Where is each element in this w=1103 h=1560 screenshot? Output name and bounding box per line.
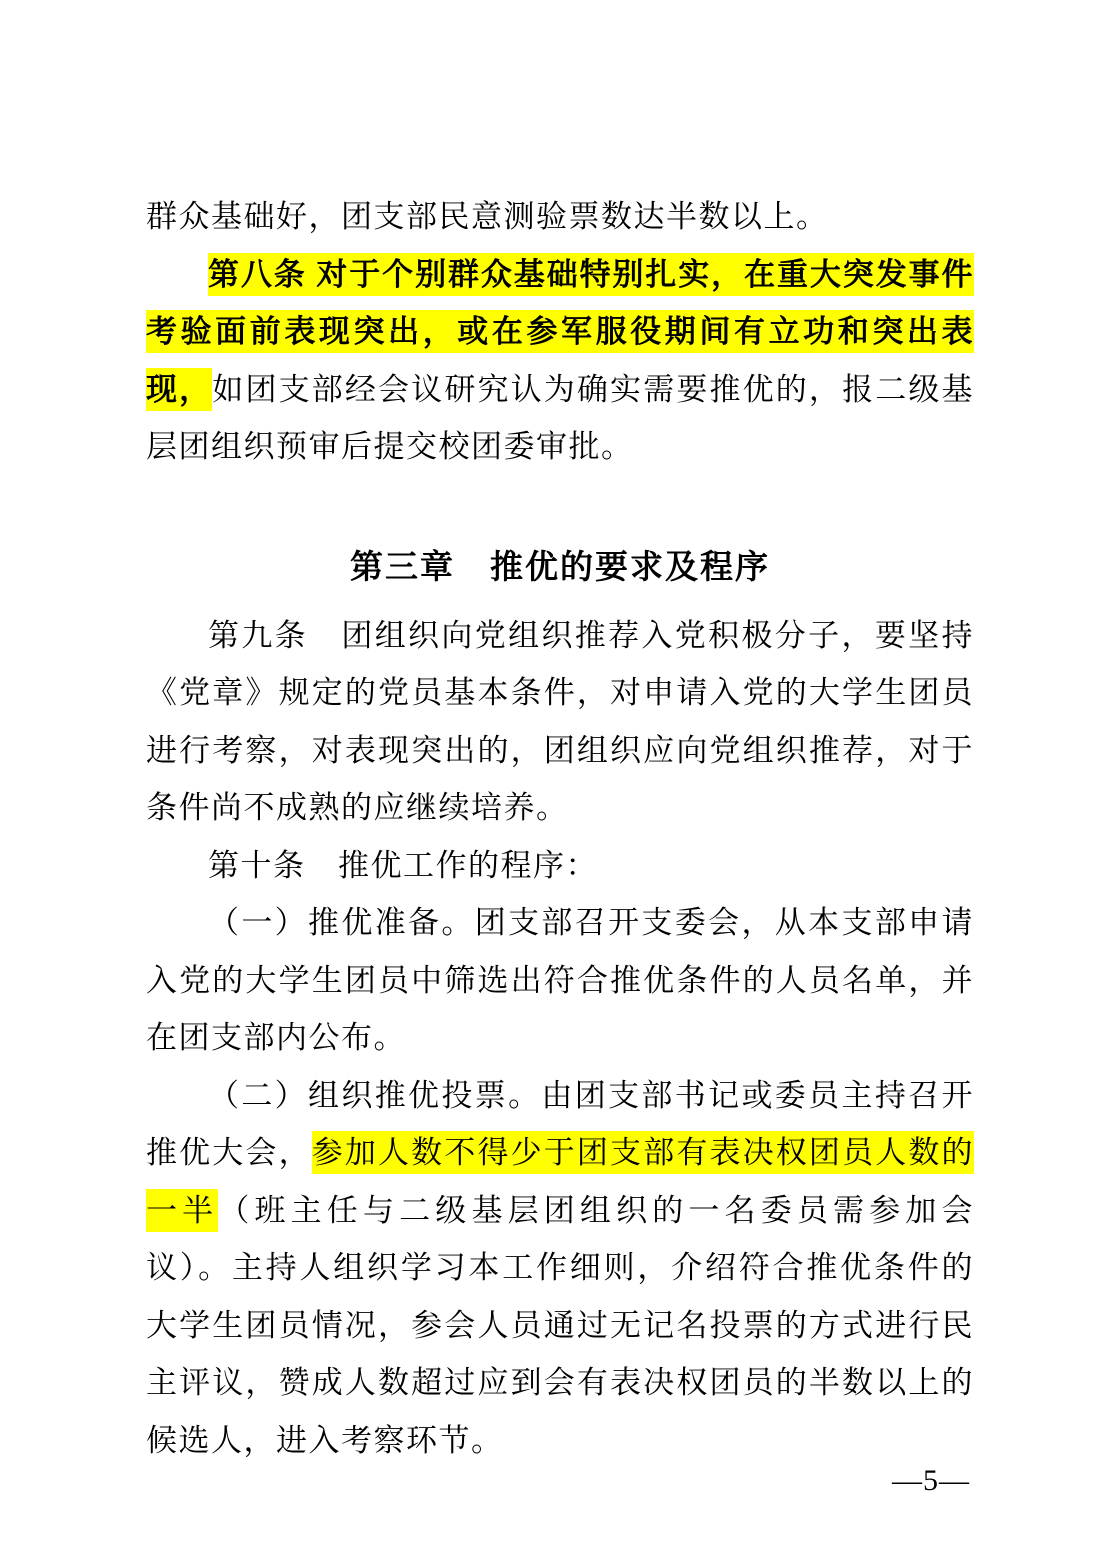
page-number: —5— xyxy=(892,1464,970,1498)
paragraph: （一）推优准备。团支部召开支委会，从本支部申请入党的大学生团员中筛选出符合推优条… xyxy=(146,894,974,1067)
text-run: 第九条 团组织向党组织推荐入党积极分子，要坚持《党章》规定的党员基本条件，对申请… xyxy=(146,618,974,826)
text-run: 群众基础好，团支部民意测验票数达半数以上。 xyxy=(146,199,829,234)
document-body: 群众基础好，团支部民意测验票数达半数以上。第八条 对于个别群众基础特别扎实，在重… xyxy=(146,188,974,1469)
text-run: （班主任与二级基层团组织的一名委员需参加会议）。主持人组织学习本工作细则，介绍符… xyxy=(146,1193,974,1458)
paragraph: 群众基础好，团支部民意测验票数达半数以上。 xyxy=(146,188,974,246)
paragraph: 第九条 团组织向党组织推荐入党积极分子，要坚持《党章》规定的党员基本条件，对申请… xyxy=(146,607,974,837)
chapter-heading: 第三章 推优的要求及程序 xyxy=(146,540,974,597)
text-run: 第十条 推优工作的程序： xyxy=(208,848,598,883)
text-run: 如团支部经会议研究认为确实需要推优的，报二级基层团组织预审后提交校团委审批。 xyxy=(146,372,974,465)
paragraph: 第十条 推优工作的程序： xyxy=(146,837,974,895)
paragraph: 第八条 对于个别群众基础特别扎实，在重大突发事件考验面前表现突出，或在参军服役期… xyxy=(146,246,974,476)
document-page: 群众基础好，团支部民意测验票数达半数以上。第八条 对于个别群众基础特别扎实，在重… xyxy=(0,0,1103,1560)
text-run: （一）推优准备。团支部召开支委会，从本支部申请入党的大学生团员中筛选出符合推优条… xyxy=(146,905,974,1055)
paragraph: （二）组织推优投票。由团支部书记或委员主持召开推优大会，参加人数不得少于团支部有… xyxy=(146,1067,974,1470)
